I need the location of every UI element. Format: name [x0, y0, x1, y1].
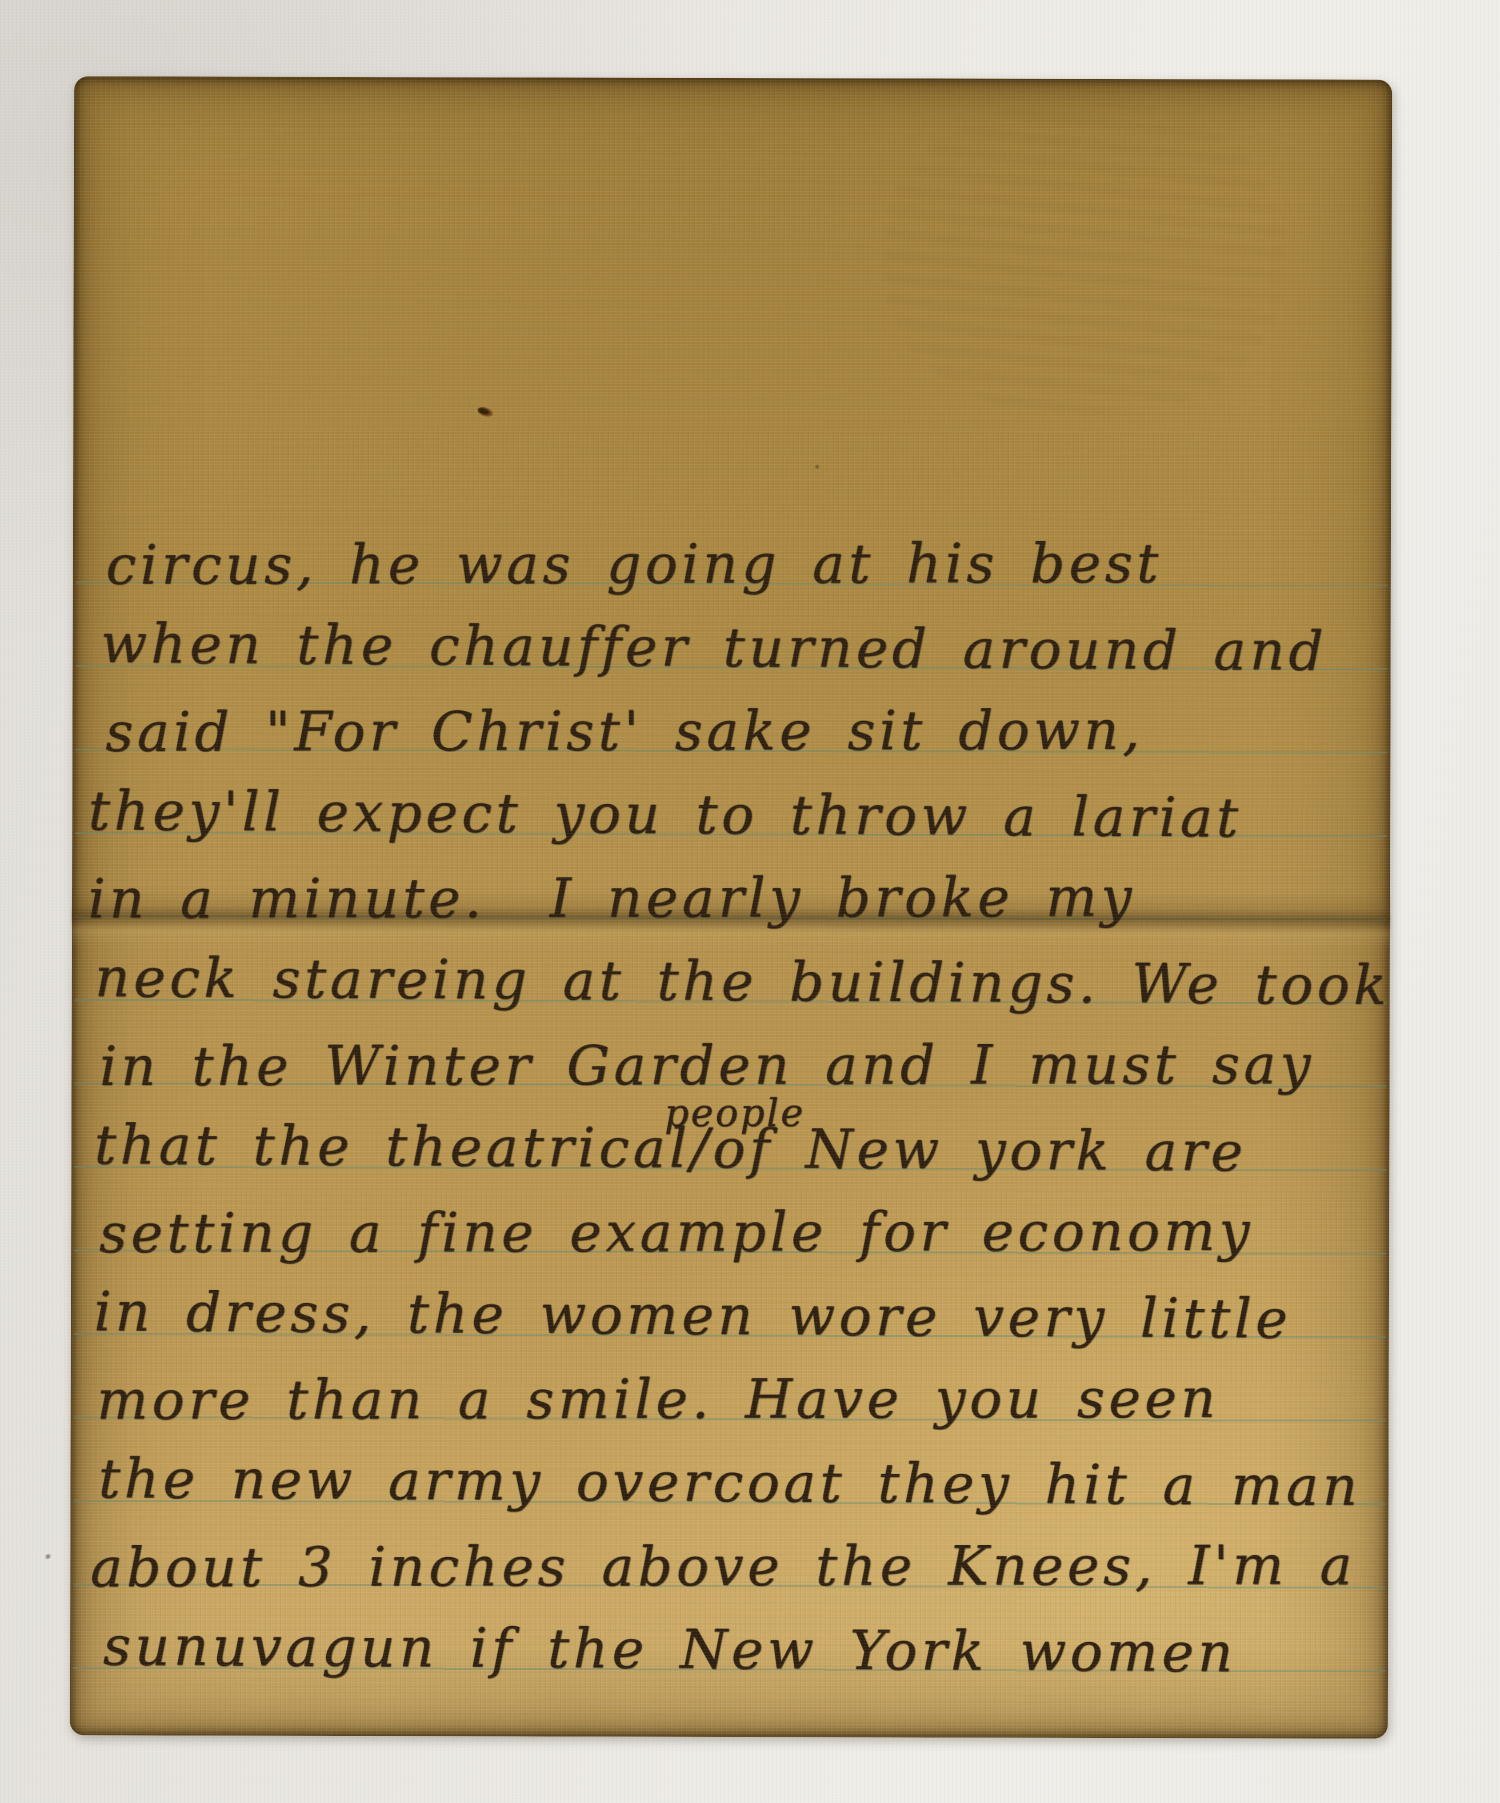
handwriting-line-2: when the chauffer turned around and [101, 617, 1328, 678]
paper-blemish [476, 405, 494, 419]
ink-bleed-smudge [883, 103, 1284, 414]
handwriting-line-4: they'll expect you to throw a lariat [88, 784, 1242, 845]
handwriting-line-1: circus, he was going at his best [106, 537, 1162, 593]
handwriting-line-10: in dress, the women wore very little [94, 1285, 1292, 1346]
paper-blemish [814, 464, 820, 469]
inserted-word: people [664, 1094, 805, 1132]
fold-crease [72, 888, 1390, 949]
handwriting-line-11: more than a smile. Have you seen [97, 1372, 1220, 1428]
handwriting-line-8: that the theatrical/of New york are [94, 1118, 1247, 1179]
handwriting-line-6: neck stareing at the buildings. We took [95, 951, 1391, 1013]
handwriting-line-5: in a minute. I nearly broke my [88, 871, 1135, 927]
handwriting-line-14: sunuvagun if the New York women [103, 1619, 1237, 1680]
letter-text: circus, he was going at his best when th… [70, 76, 1392, 1738]
handwriting-line-12: the new army overcoat they hit a man [98, 1452, 1361, 1514]
letter-page: circus, he was going at his best when th… [70, 76, 1392, 1738]
scanner-bed: circus, he was going at his best when th… [0, 0, 1500, 1803]
handwriting-line-7: in the Winter Garden and I must say [100, 1038, 1315, 1094]
ruled-lines [73, 581, 1388, 1673]
handwriting-line-13: about 3 inches above the Knees, I'm a [90, 1539, 1356, 1595]
scan-speck [43, 1552, 52, 1560]
handwriting-line-9: setting a fine example for economy [99, 1205, 1253, 1261]
handwriting-line-3: said "For Christ' sake sit down, [105, 704, 1143, 760]
